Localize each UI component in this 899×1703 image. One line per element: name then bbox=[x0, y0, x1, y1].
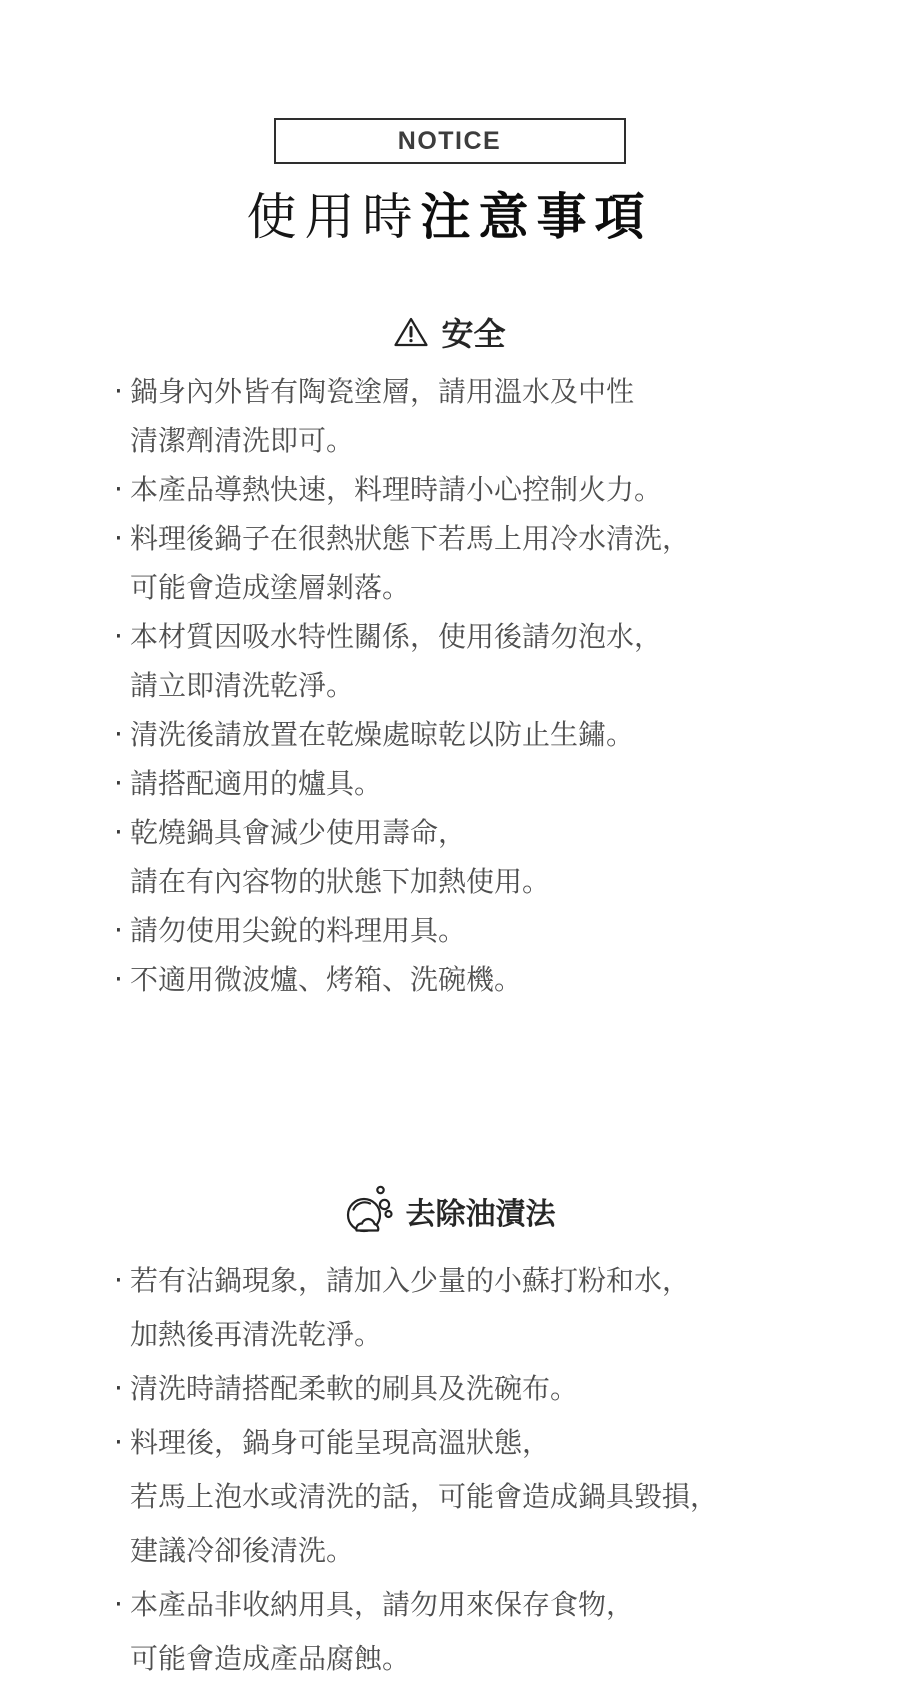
notice-list-item: ‧清洗後請放置在乾燥處晾乾以防止生鏽。 bbox=[114, 710, 839, 759]
notice-line: 請勿使用尖銳的料理用具。 bbox=[130, 906, 839, 955]
bullet-dot: ‧ bbox=[114, 710, 130, 759]
notice-line: 清洗時請搭配柔軟的刷具及洗碗布。 bbox=[130, 1362, 839, 1416]
bullet-dot: ‧ bbox=[114, 514, 130, 563]
notice-line: 料理後鍋子在很熱狀態下若馬上用冷水清洗， bbox=[130, 514, 839, 563]
notice-line: 本產品導熱快速，料理時請小心控制火力。 bbox=[130, 465, 839, 514]
warning-triangle-icon bbox=[393, 316, 429, 348]
section-degrease-heading: 去除油漬法 bbox=[0, 1184, 899, 1238]
notice-line: 乾燒鍋具會減少使用壽命， bbox=[130, 808, 839, 857]
safety-list: ‧鍋身內外皆有陶瓷塗層，請用溫水及中性清潔劑清洗即可。‧本產品導熱快速，料理時請… bbox=[114, 367, 839, 1004]
notice-item-lines: 本產品非收納用具，請勿用來保存食物，可能會造成產品腐蝕。 bbox=[130, 1578, 839, 1686]
bullet-dot: ‧ bbox=[114, 1254, 130, 1308]
notice-line: 若有沾鍋現象，請加入少量的小蘇打粉和水， bbox=[130, 1254, 839, 1308]
notice-item-lines: 料理後，鍋身可能呈現高溫狀態，若馬上泡水或清洗的話，可能會造成鍋具毀損，建議冷卻… bbox=[130, 1416, 839, 1578]
notice-list-item: ‧清洗時請搭配柔軟的刷具及洗碗布。 bbox=[114, 1362, 839, 1416]
notice-line: 本產品非收納用具，請勿用來保存食物， bbox=[130, 1578, 839, 1632]
notice-line: 可能會造成產品腐蝕。 bbox=[130, 1632, 839, 1686]
notice-item-lines: 料理後鍋子在很熱狀態下若馬上用冷水清洗，可能會造成塗層剝落。 bbox=[130, 514, 839, 612]
notice-list-item: ‧料理後鍋子在很熱狀態下若馬上用冷水清洗，可能會造成塗層剝落。 bbox=[114, 514, 839, 612]
bullet-dot: ‧ bbox=[114, 1416, 130, 1470]
notice-line: 若馬上泡水或清洗的話，可能會造成鍋具毀損， bbox=[130, 1470, 839, 1524]
notice-item-lines: 不適用微波爐、烤箱、洗碗機。 bbox=[130, 955, 839, 1004]
notice-line: 加熱後再清洗乾淨。 bbox=[130, 1308, 839, 1362]
section-safety: 安全 ‧鍋身內外皆有陶瓷塗層，請用溫水及中性清潔劑清洗即可。‧本產品導熱快速，料… bbox=[0, 309, 899, 1004]
notice-item-lines: 乾燒鍋具會減少使用壽命，請在有內容物的狀態下加熱使用。 bbox=[130, 808, 839, 906]
notice-list-item: ‧本材質因吸水特性關係，使用後請勿泡水，請立即清洗乾淨。 bbox=[114, 612, 839, 710]
notice-line: 本材質因吸水特性關係，使用後請勿泡水， bbox=[130, 612, 839, 661]
notice-list-item: ‧料理後，鍋身可能呈現高溫狀態，若馬上泡水或清洗的話，可能會造成鍋具毀損，建議冷… bbox=[114, 1416, 839, 1578]
notice-item-lines: 鍋身內外皆有陶瓷塗層，請用溫水及中性清潔劑清洗即可。 bbox=[130, 367, 839, 465]
section-degrease-heading-label: 去除油漬法 bbox=[406, 1189, 556, 1233]
page-title-light-part: 使用時 bbox=[247, 189, 421, 245]
bullet-dot: ‧ bbox=[114, 367, 130, 416]
notice-line: 不適用微波爐、烤箱、洗碗機。 bbox=[130, 955, 839, 1004]
notice-item-lines: 本材質因吸水特性關係，使用後請勿泡水，請立即清洗乾淨。 bbox=[130, 612, 839, 710]
notice-line: 清洗後請放置在乾燥處晾乾以防止生鏽。 bbox=[130, 710, 839, 759]
notice-list-item: ‧本產品導熱快速，料理時請小心控制火力。 bbox=[114, 465, 839, 514]
notice-line: 清潔劑清洗即可。 bbox=[130, 416, 839, 465]
bullet-dot: ‧ bbox=[114, 808, 130, 857]
notice-line: 請在有內容物的狀態下加熱使用。 bbox=[130, 857, 839, 906]
notice-item-lines: 清洗時請搭配柔軟的刷具及洗碗布。 bbox=[130, 1362, 839, 1416]
notice-page: NOTICE 使用時注意事項 安全 ‧鍋身內外皆有陶瓷塗層，請用溫水及中性清潔劑… bbox=[0, 0, 899, 1703]
degrease-list: ‧若有沾鍋現象，請加入少量的小蘇打粉和水，加熱後再清洗乾淨。‧清洗時請搭配柔軟的… bbox=[114, 1254, 839, 1686]
notice-line: 鍋身內外皆有陶瓷塗層，請用溫水及中性 bbox=[130, 367, 839, 416]
notice-list-item: ‧乾燒鍋具會減少使用壽命，請在有內容物的狀態下加熱使用。 bbox=[114, 808, 839, 906]
bullet-dot: ‧ bbox=[114, 465, 130, 514]
bullet-dot: ‧ bbox=[114, 1362, 130, 1416]
page-title-bold-part: 注意事項 bbox=[421, 189, 653, 245]
page-title: 使用時注意事項 bbox=[0, 190, 899, 245]
notice-item-lines: 清洗後請放置在乾燥處晾乾以防止生鏽。 bbox=[130, 710, 839, 759]
notice-line: 建議冷卻後清洗。 bbox=[130, 1524, 839, 1578]
notice-item-lines: 請搭配適用的爐具。 bbox=[130, 759, 839, 808]
notice-item-lines: 請勿使用尖銳的料理用具。 bbox=[130, 906, 839, 955]
section-degrease: 去除油漬法 ‧若有沾鍋現象，請加入少量的小蘇打粉和水，加熱後再清洗乾淨。‧清洗時… bbox=[0, 1184, 899, 1686]
notice-line: 請立即清洗乾淨。 bbox=[130, 661, 839, 710]
notice-list-item: ‧鍋身內外皆有陶瓷塗層，請用溫水及中性清潔劑清洗即可。 bbox=[114, 367, 839, 465]
notice-list-item: ‧請搭配適用的爐具。 bbox=[114, 759, 839, 808]
notice-list-item: ‧本產品非收納用具，請勿用來保存食物，可能會造成產品腐蝕。 bbox=[114, 1578, 839, 1686]
dish-washing-icon bbox=[344, 1184, 394, 1238]
bullet-dot: ‧ bbox=[114, 906, 130, 955]
notice-item-lines: 本產品導熱快速，料理時請小心控制火力。 bbox=[130, 465, 839, 514]
notice-line: 料理後，鍋身可能呈現高溫狀態， bbox=[130, 1416, 839, 1470]
notice-item-lines: 若有沾鍋現象，請加入少量的小蘇打粉和水，加熱後再清洗乾淨。 bbox=[130, 1254, 839, 1362]
bullet-dot: ‧ bbox=[114, 759, 130, 808]
notice-list-item: ‧若有沾鍋現象，請加入少量的小蘇打粉和水，加熱後再清洗乾淨。 bbox=[114, 1254, 839, 1362]
notice-badge: NOTICE bbox=[274, 118, 626, 164]
bullet-dot: ‧ bbox=[114, 612, 130, 661]
notice-badge-label: NOTICE bbox=[398, 127, 501, 156]
notice-line: 請搭配適用的爐具。 bbox=[130, 759, 839, 808]
section-safety-heading-label: 安全 bbox=[441, 309, 505, 355]
section-safety-heading: 安全 bbox=[0, 309, 899, 355]
bullet-dot: ‧ bbox=[114, 1578, 130, 1632]
bullet-dot: ‧ bbox=[114, 955, 130, 1004]
notice-list-item: ‧請勿使用尖銳的料理用具。 bbox=[114, 906, 839, 955]
notice-line: 可能會造成塗層剝落。 bbox=[130, 563, 839, 612]
notice-list-item: ‧不適用微波爐、烤箱、洗碗機。 bbox=[114, 955, 839, 1004]
